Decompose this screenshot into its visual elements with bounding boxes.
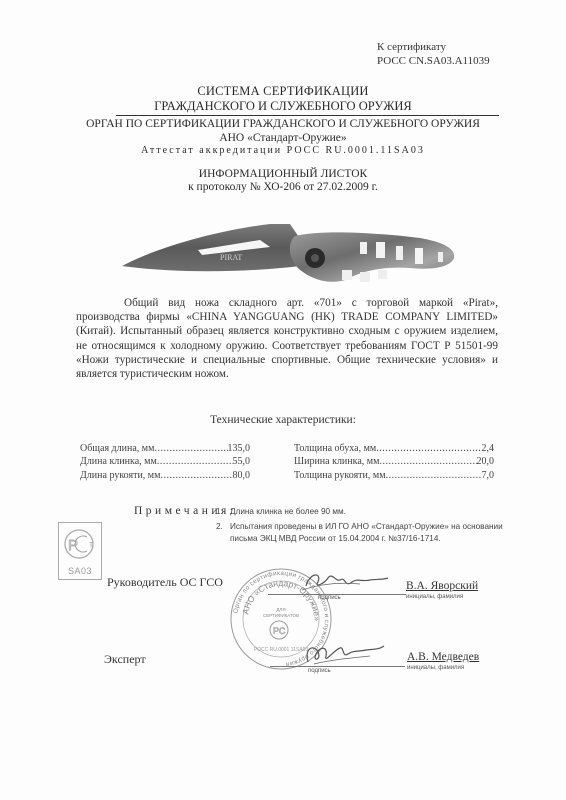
specs-left-column: Общая длина, мм135,0 Длина клинка, мм55,…: [80, 442, 250, 482]
rst-conformity-logo: Р т SA03: [58, 522, 102, 580]
header-divider: [116, 115, 499, 116]
spec-row-blade-width: Ширина клинка, мм20,0: [294, 455, 494, 468]
description-paragraph: Общий вид ножа складного арт. «701» с то…: [76, 296, 498, 381]
spec-label: Длина клинка, мм: [80, 455, 157, 468]
certificate-ref-label: К сертификату: [377, 40, 490, 54]
system-title-line1: СИСТЕМА СЕРТИФИКАЦИИ: [0, 84, 566, 99]
spec-row-total-length: Общая длина, мм135,0: [80, 442, 250, 455]
spec-label: Общая длина, мм: [80, 442, 154, 455]
spec-row-handle-length: Длина рукояти, мм80,0: [80, 469, 250, 482]
spec-value: 20,0: [477, 455, 495, 468]
name-caption: инициалы, фамилия: [406, 594, 463, 600]
spec-label: Длина рукояти, мм: [80, 469, 160, 482]
spec-value: 7,0: [482, 469, 495, 482]
specs-title: Технические характеристики:: [0, 414, 566, 426]
spec-label: Толщина рукояти, мм: [294, 469, 386, 482]
notes-list: 1. Длина клинка не более 90 мм. 2. Испыт…: [216, 506, 516, 548]
svg-text:СЕРТИФИКАТОВ: СЕРТИФИКАТОВ: [263, 613, 299, 618]
spec-label: Толщина обуха, мм: [294, 442, 376, 455]
rst-mark-icon: Р т: [59, 523, 103, 563]
svg-text:ДЛЯ: ДЛЯ: [276, 607, 285, 612]
spec-value: 80,0: [233, 469, 251, 482]
system-title-line2: ГРАЖДАНСКОГО И СЛУЖЕБНОГО ОРУЖИЯ: [0, 99, 566, 114]
svg-text:т: т: [89, 539, 93, 549]
spec-value: 2,4: [482, 442, 495, 455]
spec-row-blade-length: Длина клинка, мм55,0: [80, 455, 250, 468]
signatory-name-expert: А.В. Медведев: [407, 651, 479, 663]
signature-caption: подпись: [308, 668, 331, 674]
signature-expert: [300, 640, 390, 668]
certification-organ: ОРГАН ПО СЕРТИФИКАЦИИ ГРАЖДАНСКОГО И СЛУ…: [0, 118, 566, 130]
spec-row-spine-thickness: Толщина обуха, мм2,4: [294, 442, 494, 455]
signature-head: [300, 568, 390, 594]
note-item: 2. Испытания проведены в ИЛ ГО АНО «Стан…: [216, 521, 516, 545]
organization-name: АНО «Стандарт-Оружие»: [0, 132, 566, 144]
description-text: Общий вид ножа складного арт. «701» с то…: [76, 297, 498, 380]
svg-text:РС: РС: [273, 626, 286, 636]
spec-row-handle-thickness: Толщина рукояти, мм7,0: [294, 469, 494, 482]
spec-value: 55,0: [233, 455, 251, 468]
spec-label: Ширина клинка, мм: [294, 455, 379, 468]
certificate-number: РОСС CN.SA03.A11039: [377, 54, 490, 68]
signatory-name-head: В.А. Яворский: [406, 580, 478, 592]
protocol-reference: к протоколу № ХО-206 от 27.02.2009 г.: [0, 181, 566, 193]
signature-line: [270, 666, 405, 667]
brand-mark: PIRAT: [220, 253, 242, 262]
signature-caption: подпись: [318, 595, 341, 601]
specs-right-column: Толщина обуха, мм2,4 Ширина клинка, мм20…: [294, 442, 494, 482]
spec-value: 135,0: [228, 442, 251, 455]
note-text: Испытания проведены в ИЛ ГО АНО «Стандар…: [230, 521, 516, 545]
note-item: 1. Длина клинка не более 90 мм.: [216, 506, 516, 518]
knife-image: PIRAT: [120, 210, 460, 300]
rst-code: SA03: [59, 566, 101, 576]
note-text: Длина клинка не более 90 мм.: [230, 506, 346, 518]
document-title: ИНФОРМАЦИОННЫЙ ЛИСТОК: [0, 168, 566, 180]
accreditation-certificate: Аттестат аккредитации РОСС RU.0001.11SA0…: [0, 145, 566, 156]
signatory-role-expert: Эксперт: [104, 652, 146, 667]
certificate-reference: К сертификату РОСС CN.SA03.A11039: [377, 40, 490, 68]
signatory-role-head: Руководитель ОС ГСО: [107, 575, 223, 590]
name-caption: инициалы, фамилия: [407, 665, 464, 671]
